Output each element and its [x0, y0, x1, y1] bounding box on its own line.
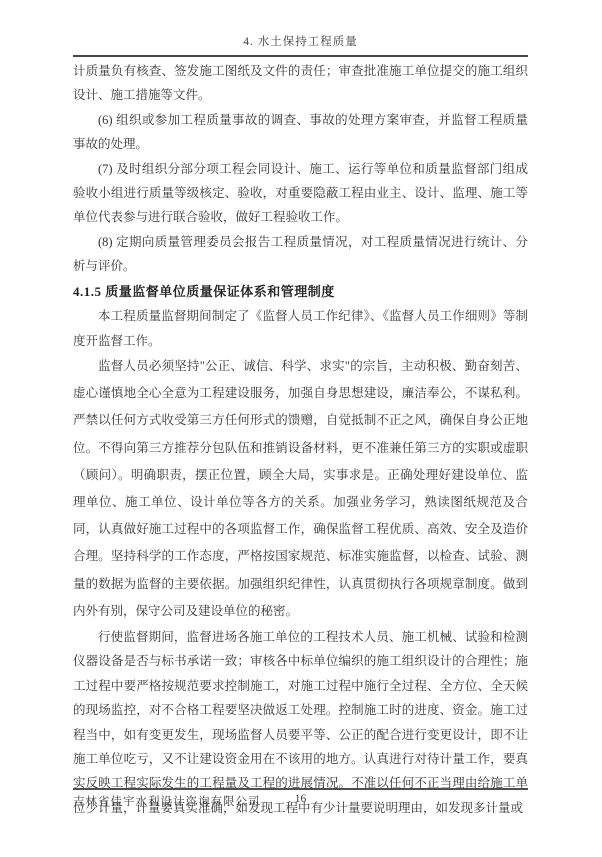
footer-rule — [73, 788, 528, 790]
document-body: 计质量负有核查、签发施工图纸及文件的责任；审查批准施工单位提交的施工组织设计、施… — [73, 59, 528, 820]
body-paragraph: 行使监督期间，监督进场各施工单位的工程技术人员、施工机械、试验和检测仪器设备是否… — [73, 625, 528, 820]
running-header-title: 4. 水土保持工程质量 — [73, 33, 528, 49]
header-rule — [73, 55, 528, 57]
footer-company-name: 吉林省佳宇水利设计咨询有限公司 — [73, 793, 261, 809]
body-paragraph: (8) 定期向质量管理委员会报告工程质量情况，对工程质量情况进行统计、分析与评价… — [73, 230, 528, 279]
body-paragraph: (7) 及时组织分部分项工程会同设计、施工、运行等单位和质量监督部门组成验收小组… — [73, 157, 528, 230]
document-page: 4. 水土保持工程质量 计质量负有核查、签发施工图纸及文件的责任；审查批准施工单… — [0, 0, 602, 857]
body-paragraph: 监督人员必须坚持"公正、诚信、科学、求实"的宗旨，主动积极、勤奋刻苦、虚心谨慎地… — [73, 353, 528, 625]
section-heading: 4.1.5 质量监督单位质量保证体系和管理制度 — [73, 279, 528, 305]
body-paragraph: 计质量负有核查、签发施工图纸及文件的责任；审查批准施工单位提交的施工组织设计、施… — [73, 59, 528, 108]
footer: 吉林省佳宇水利设计咨询有限公司 16 — [73, 793, 528, 811]
body-paragraph: 本工程质量监督期间制定了《监督人员工作纪律》、《监督人员工作细则》等制度开监督工… — [73, 304, 528, 353]
body-paragraph: (6) 组织或参加工程质量事故的调查、事故的处理方案审查，并监督工程质量事故的处… — [73, 108, 528, 157]
footer-page-number: 16 — [295, 793, 307, 805]
